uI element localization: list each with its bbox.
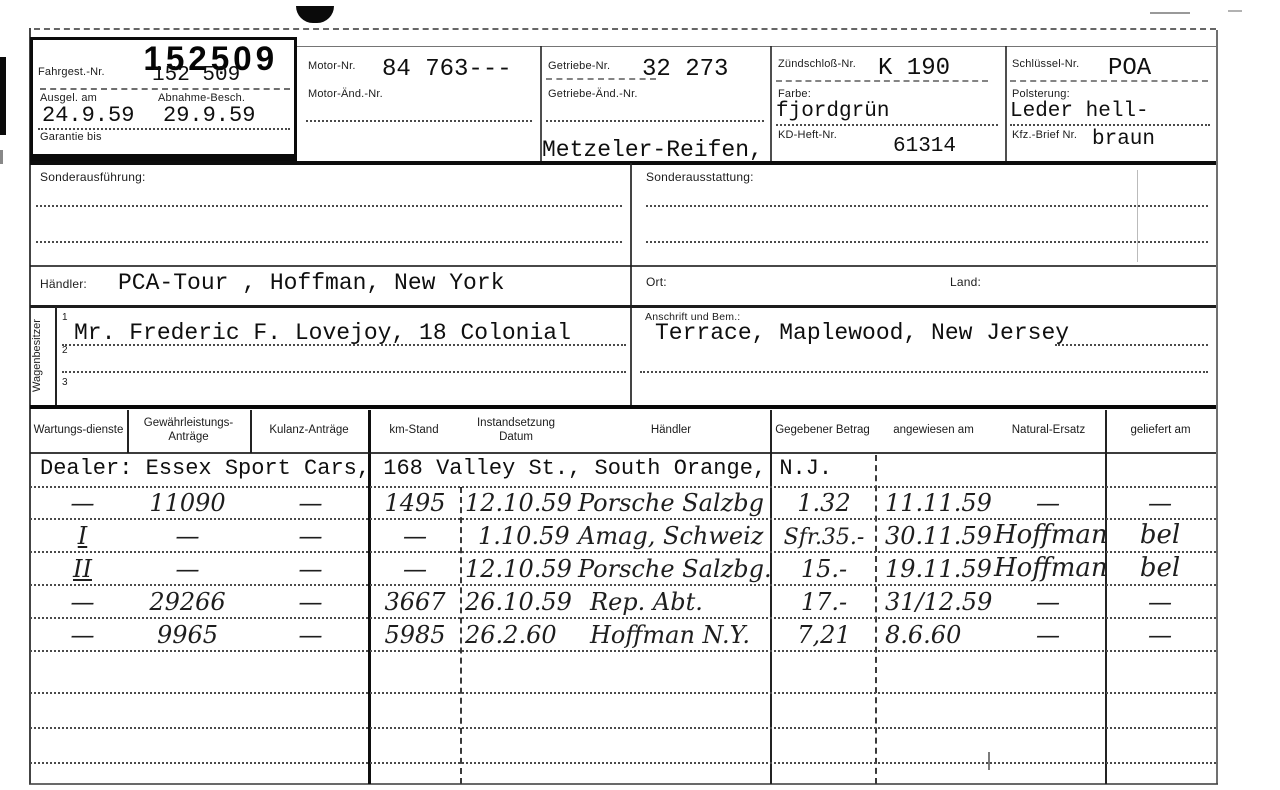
owner-row-number: 1 (62, 312, 68, 323)
owner-row-number: 2 (62, 345, 68, 356)
row-rule (30, 727, 1216, 729)
registration-doc-label: Kfz.-Brief Nr. (1012, 129, 1077, 141)
table-cell: 9965 (130, 621, 245, 649)
center-column-rule (630, 163, 632, 407)
chassis-number-label: Fahrgest.-Nr. (38, 66, 105, 78)
divider (30, 265, 1216, 267)
issued-date-value: 24.9.59 (42, 103, 134, 128)
divider (1005, 46, 1007, 163)
upholstery-value-cont: braun (1092, 128, 1155, 151)
table-cell: bel (1110, 520, 1210, 550)
owner-address-continued: Terrace, Maplewood, New Jersey (655, 320, 1069, 346)
column-header-in-kind-replacement: Natural-Ersatz (992, 410, 1105, 452)
row-rule (30, 584, 1216, 586)
divider (250, 410, 252, 453)
color-label: Farbe: (778, 88, 811, 100)
table-cell: II (45, 555, 120, 583)
column-header-instructed-on: angewiesen am (875, 410, 992, 452)
divider (1010, 80, 1208, 82)
table-cell: Hoffman (994, 553, 1102, 583)
column-header-amount-paid: Gegebener Betrag (770, 410, 875, 452)
card-top-edge (34, 28, 1216, 30)
table-cell: — (372, 522, 458, 550)
column-header-odometer: km-Stand (368, 410, 460, 452)
car-owner-label: Wagenbesitzer (31, 309, 53, 403)
owner-name-address: Mr. Frederic F. Lovejoy, 18 Colonial (74, 320, 571, 346)
column-header-dealer: Händler (572, 410, 770, 452)
divider (62, 371, 626, 373)
table-row: — 9965 — 5985 26.2.60 Hoffman N.Y. 7,21 … (30, 620, 1216, 650)
table-cell: 15.- (778, 555, 870, 583)
row-rule (30, 692, 1216, 694)
card-bottom-border (29, 783, 1218, 785)
ignition-lock-number-label: Zündschloß-Nr. (778, 58, 856, 70)
table-cell: Porsche Salzbg. (578, 555, 772, 583)
country-label: Land: (950, 275, 981, 289)
row-rule (30, 617, 1216, 619)
table-row: I — — — 1.10.59 Amag, Schweiz Sfr.35.- 3… (30, 521, 1216, 551)
divider (770, 46, 772, 163)
table-cell: — (45, 621, 120, 649)
header-bottom-rule (30, 452, 1216, 454)
table-row: II — — — 12.10.59 Porsche Salzbg. 15.- 1… (30, 554, 1216, 584)
table-cell: — (258, 522, 363, 550)
kardex-card-scan: Fahrgest.-Nr. 152509 152 509 Ausgel. am … (0, 0, 1280, 790)
engine-mod-number-label: Motor-Änd.-Nr. (308, 88, 383, 100)
color-value: fjordgrün (776, 100, 889, 123)
table-cell: — (45, 489, 120, 517)
divider (127, 410, 129, 453)
table-cell: — (258, 588, 363, 616)
table-cell: 26.2.60 (465, 621, 557, 649)
table-cell: I (45, 522, 120, 550)
card-right-border (1216, 30, 1218, 784)
table-cell: — (994, 588, 1102, 616)
table-cell: — (372, 555, 458, 583)
ignition-lock-number-value: K 190 (878, 55, 950, 82)
column-header-maintenance: Wartungs-dienste (30, 410, 127, 452)
table-cell: 12.10.59 (465, 555, 572, 583)
table-cell: 17.- (778, 588, 870, 616)
divider (1055, 344, 1208, 346)
table-cell: — (258, 489, 363, 517)
table-cell: — (130, 555, 245, 583)
table-cell: 12.10.59 (465, 489, 572, 517)
upholstery-label: Polsterung: (1012, 88, 1070, 100)
table-cell: 29266 (130, 588, 245, 616)
divider (306, 120, 532, 122)
owner-band-bottom-rule (30, 405, 1216, 409)
key-number-label: Schlüssel-Nr. (1012, 58, 1079, 70)
table-cell: bel (1110, 553, 1210, 583)
chassis-number-typed: 152 509 (152, 64, 240, 87)
divider (36, 241, 622, 243)
table-cell: Hoffman (994, 520, 1102, 550)
scan-edge-mark (0, 57, 6, 135)
table-cell: 30.11.59 (885, 522, 992, 550)
table-cell: — (1110, 489, 1210, 517)
divider (546, 120, 764, 122)
warranty-until-label: Garantie bis (40, 131, 102, 143)
divider (62, 344, 626, 346)
punch-hole (296, 6, 334, 23)
service-booklet-label: KD-Heft-Nr. (778, 129, 837, 141)
divider (38, 128, 290, 130)
dealer-note-line: Dealer: Essex Sport Cars, 168 Valley St.… (40, 456, 832, 481)
upholstery-value: Leder hell- (1010, 100, 1149, 123)
table-cell: Porsche Salzbg (578, 489, 764, 517)
table-cell: — (130, 522, 245, 550)
table-cell: 31/12.59 (885, 588, 992, 616)
special-version-label: Sonderausführung: (40, 170, 145, 184)
table-cell: 3667 (372, 588, 458, 616)
table-cell: — (258, 621, 363, 649)
table-row: — 11090 — 1495 12.10.59 Porsche Salzbg 1… (30, 488, 1216, 518)
table-cell: 11090 (130, 489, 245, 517)
gearbox-number-label: Getriebe-Nr. (548, 60, 610, 72)
divider (1137, 170, 1138, 262)
divider (546, 78, 656, 80)
table-cell: — (994, 489, 1102, 517)
table-cell: Hoffman N.Y. (590, 621, 750, 649)
divider (646, 205, 1208, 207)
special-equipment-label: Sonderausstattung: (646, 170, 754, 184)
scan-mark (1228, 10, 1242, 12)
table-cell: — (1110, 621, 1210, 649)
scan-mark (988, 752, 990, 770)
dealer-value: PCA-Tour , Hoffman, New York (118, 270, 504, 296)
row-rule (30, 762, 1216, 764)
owner-strip-rule (55, 307, 57, 405)
table-cell: — (1110, 588, 1210, 616)
column-header-goodwill-claims: Kulanz-Anträge (250, 410, 368, 452)
table-cell: Amag, Schweiz (578, 522, 763, 550)
tires-value: Metzeler-Reifen, (542, 137, 763, 163)
table-cell: 11.11.59 (885, 489, 992, 517)
table-cell: — (994, 621, 1102, 649)
table-cell: 5985 (372, 621, 458, 649)
table-cell: — (258, 555, 363, 583)
scan-edge-mark (0, 150, 3, 164)
divider (640, 371, 1208, 373)
acceptance-date-value: 29.9.59 (163, 103, 255, 128)
column-header-delivered-on: geliefert am (1105, 410, 1216, 452)
divider (776, 124, 998, 126)
table-cell: 1.10.59 (478, 522, 570, 550)
divider (30, 305, 1216, 308)
table-cell: 1.32 (778, 489, 870, 517)
owner-row-number: 3 (62, 377, 68, 388)
dealer-label: Händler: (40, 277, 87, 291)
column-header-warranty-claims: Gewährleistungs-Anträge (127, 410, 250, 452)
divider (646, 241, 1208, 243)
gearbox-number-value: 32 273 (642, 56, 728, 83)
table-row: — 29266 — 3667 26.10.59 Rep. Abt. 17.- 3… (30, 587, 1216, 617)
engine-number-label: Motor-Nr. (308, 60, 356, 72)
key-number-value: POA (1108, 55, 1151, 82)
divider (776, 80, 988, 82)
table-cell: Rep. Abt. (590, 588, 703, 616)
divider (1010, 124, 1210, 126)
table-cell: 8.6.60 (885, 621, 961, 649)
table-cell: 26.10.59 (465, 588, 572, 616)
divider (40, 88, 290, 90)
divider (36, 205, 622, 207)
engine-number-value: 84 763--- (382, 56, 512, 83)
service-booklet-value: 61314 (893, 135, 956, 158)
row-rule (30, 650, 1216, 652)
top-boxes-top-rule (297, 46, 1216, 47)
table-cell: 19.11.59 (885, 555, 992, 583)
gearbox-mod-number-label: Getriebe-Änd.-Nr. (548, 88, 638, 100)
city-label: Ort: (646, 275, 667, 289)
table-cell: 1495 (372, 489, 458, 517)
table-cell: 7,21 (778, 621, 870, 649)
scan-mark (1150, 12, 1190, 14)
table-cell: — (45, 588, 120, 616)
table-cell: Sfr.35.- (778, 525, 870, 550)
column-header-repair-date: Instandsetzung Datum (460, 410, 572, 452)
